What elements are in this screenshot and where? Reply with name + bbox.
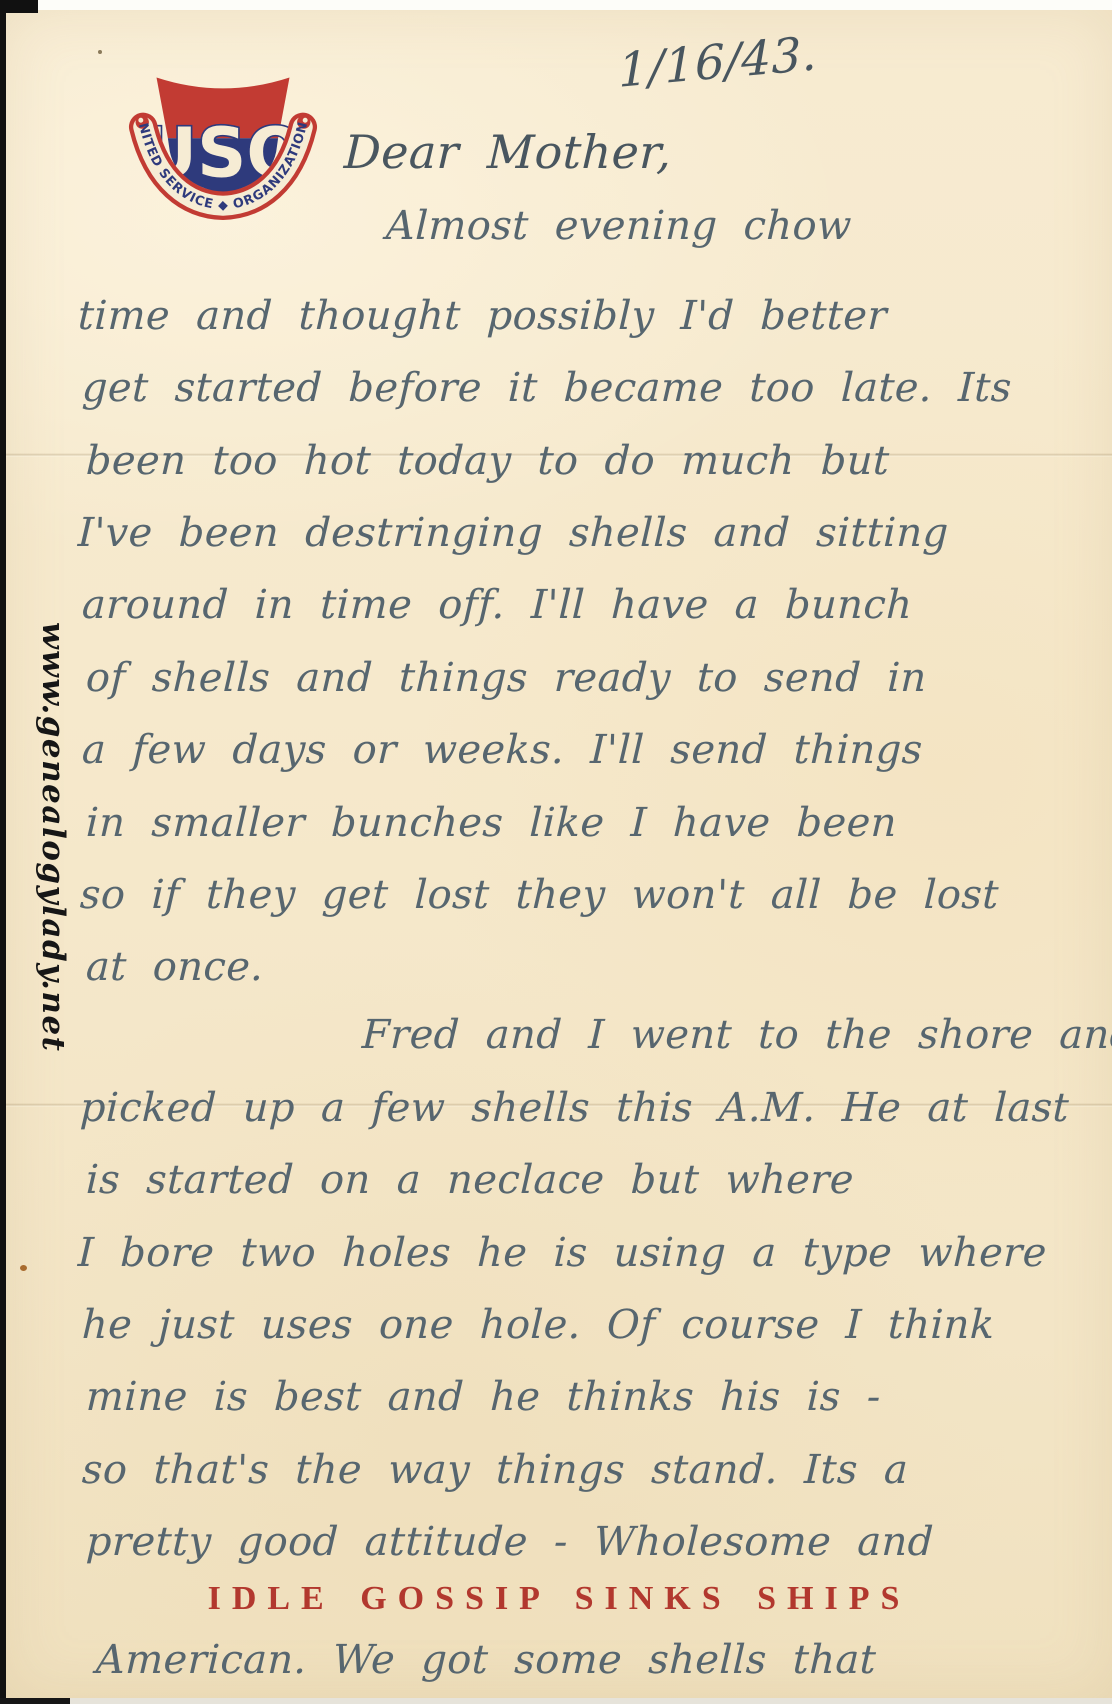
letter-line: pretty good attitude - Wholesome and — [85, 1519, 934, 1565]
letter-line: time and thought possibly I'd better — [77, 293, 888, 339]
paper-speck — [98, 50, 102, 54]
ribbon-curl-right-hole — [303, 118, 308, 123]
paper-speck — [20, 1265, 27, 1271]
letter-line: at once. — [85, 944, 264, 990]
letter-date: 1/16/43. — [618, 27, 818, 99]
letter-line: in smaller bunches like I have been — [85, 800, 898, 846]
scan-edge-left — [0, 0, 6, 1704]
scanned-letter-page: { "watermark": { "text": "www.genealogyl… — [0, 0, 1112, 1704]
printed-slogan: IDLE GOSSIP SINKS SHIPS — [6, 1580, 1112, 1618]
letter-line: he just uses one hole. Of course I think — [81, 1302, 995, 1348]
letter-line: a few days or weeks. I'll send things — [81, 727, 923, 773]
letter-salutation: Dear Mother, — [343, 126, 672, 179]
letter-line: around in time off. I'll have a bunch — [81, 582, 913, 628]
watermark-text: www.genealogylady.net — [34, 622, 72, 1058]
letter-line: so that's the way things stand. Its a — [81, 1447, 909, 1493]
letter-line: of shells and things ready to send in — [85, 655, 927, 701]
scan-corner-top-left — [0, 0, 38, 13]
letter-line: American. We got some shells that — [95, 1637, 877, 1683]
letter-paper: USO UNITED SERVICE ◆ ORGANIZATIONS 1/16/… — [6, 10, 1112, 1698]
letter-line: mine is best and he thinks his is - — [85, 1374, 881, 1420]
letter-line: picked up a few shells this A.M. He at l… — [79, 1085, 1070, 1131]
uso-logo: USO UNITED SERVICE ◆ ORGANIZATIONS — [128, 68, 318, 220]
letter-line: Almost evening chow — [385, 203, 852, 249]
letter-line: I bore two holes he is using a type wher… — [77, 1230, 1047, 1276]
letter-line: is started on a neclace but where — [85, 1157, 854, 1203]
ribbon-curl-left-hole — [138, 118, 143, 123]
scan-corner-bottom-left — [0, 1698, 70, 1704]
letter-line: so if they get lost they won't all be lo… — [79, 872, 999, 918]
letter-line: Fred and I went to the shore and — [361, 1012, 1112, 1058]
letter-line: been too hot today to do much but — [85, 438, 890, 484]
letter-line: get started before it became too late. I… — [81, 365, 1012, 411]
scan-strip-bottom — [0, 1698, 1112, 1704]
letter-line: I've been destringing shells and sitting — [77, 510, 949, 556]
